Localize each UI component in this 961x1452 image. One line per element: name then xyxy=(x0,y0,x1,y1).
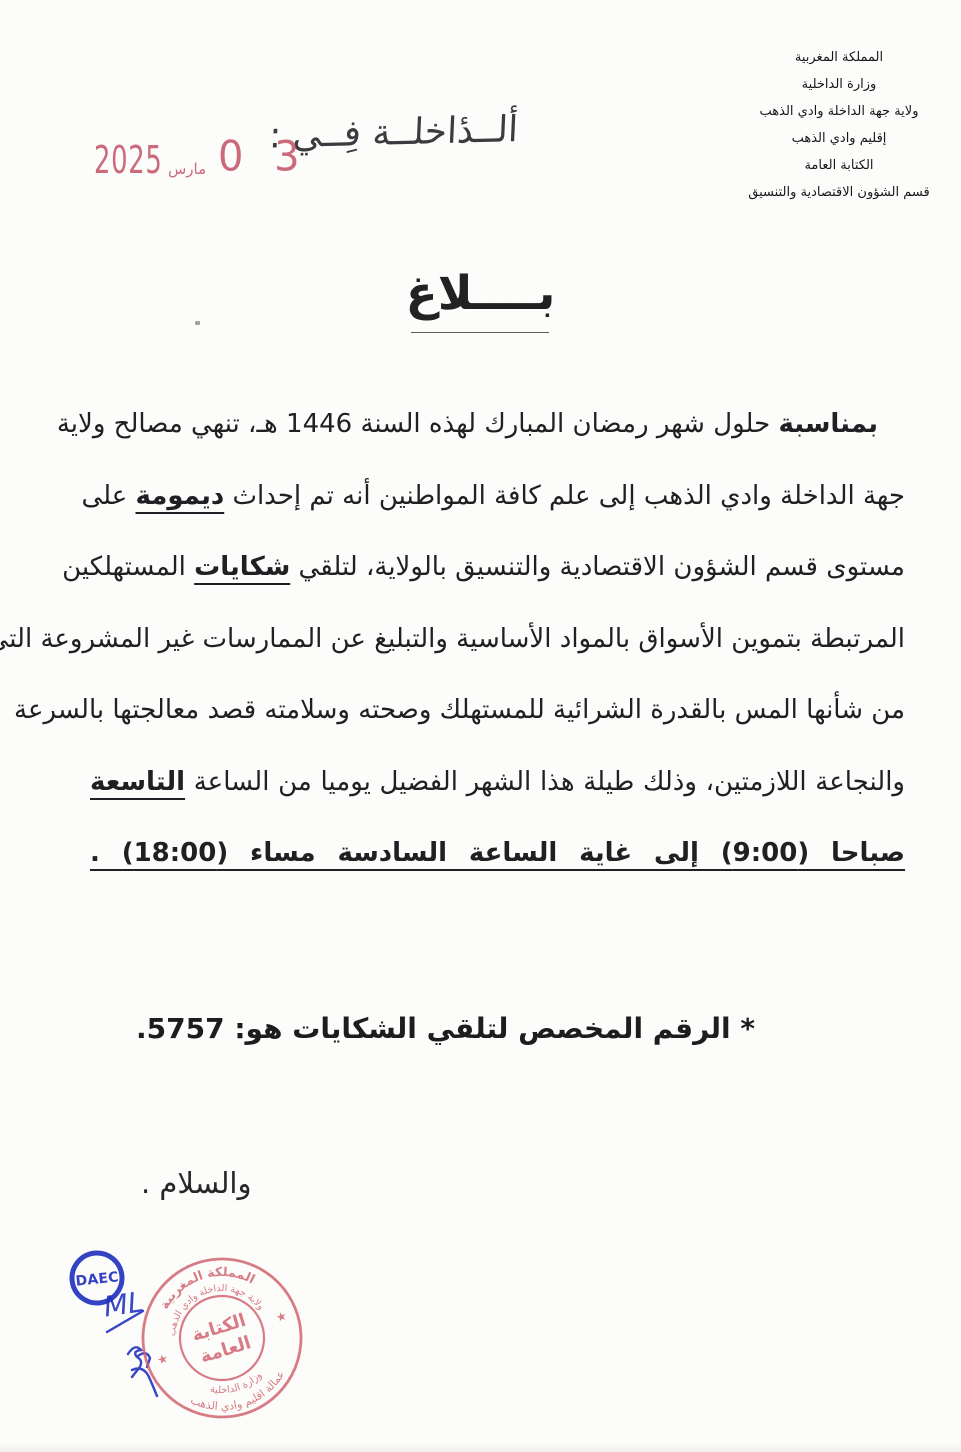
body-segment: بمناسبة xyxy=(778,409,878,439)
letterhead-line-wilaya: ولاية جهة الداخلة وادي الذهب xyxy=(739,98,939,125)
body-segment: المرتبطة بتموين الأسواق بالمواد الأساسية… xyxy=(0,624,905,654)
letterhead: المملكة المغربية وزارة الداخلية ولاية جه… xyxy=(739,44,939,206)
document-page: المملكة المغربية وزارة الداخلية ولاية جه… xyxy=(0,0,961,1452)
stamp-star-right: ★ xyxy=(274,1308,288,1325)
body-line: صباحا (9:00) إلى غاية الساعة السادسة مسا… xyxy=(90,818,905,890)
complaints-number-line: * الرقم المخصص لتلقي الشكايات هو: 5757. xyxy=(136,1012,755,1045)
letterhead-line-province: إقليم وادي الذهب xyxy=(739,125,939,152)
body-segment: صباحا (9:00) إلى غاية الساعة السادسة مسا… xyxy=(90,838,905,868)
body-segment: جهة الداخلة وادي الذهب إلى علم كافة المو… xyxy=(224,481,905,511)
body-segment: المستهلكين xyxy=(62,552,194,582)
date-stamp-month: مارس xyxy=(168,160,206,178)
body-segment: مستوى قسم الشؤون الاقتصادية والتنسيق بال… xyxy=(290,552,905,582)
body-text: بمناسبة حلول شهر رمضان المبارك لهذه السن… xyxy=(90,389,905,890)
letterhead-line-ministry: وزارة الداخلية xyxy=(739,71,939,98)
scan-speck xyxy=(195,321,200,325)
body-segment: شكايات xyxy=(194,552,290,582)
body-segment: من شأنها المس بالقدرة الشرائية للمستهلك … xyxy=(14,695,905,725)
body-segment: ديمومة xyxy=(136,481,225,511)
body-line: المرتبطة بتموين الأسواق بالمواد الأساسية… xyxy=(90,604,905,676)
letterhead-line-kingdom: المملكة المغربية xyxy=(739,44,939,71)
body-segment: حلول شهر رمضان المبارك لهذه السنة 1446 ه… xyxy=(57,409,779,439)
document-title: بــــلاغ xyxy=(0,266,961,321)
body-line: والنجاعة اللازمتين، وذلك طيلة هذا الشهر … xyxy=(90,747,905,819)
body-line: مستوى قسم الشؤون الاقتصادية والتنسيق بال… xyxy=(90,532,905,604)
date-stamp-year: 2025 xyxy=(94,138,162,182)
letterhead-line-secretariat: الكتابة العامة xyxy=(739,152,939,179)
handwritten-place-date: ألــدٔاخلــة فِــي : xyxy=(292,109,519,156)
body-line: من شأنها المس بالقدرة الشرائية للمستهلك … xyxy=(90,675,905,747)
body-segment: والنجاعة اللازمتين، وذلك طيلة هذا الشهر … xyxy=(185,767,905,797)
date-stamp-day: 0 3 xyxy=(218,133,309,181)
letterhead-line-division: قسم الشؤون الاقتصادية والتنسيق xyxy=(739,179,939,206)
body-segment: على xyxy=(81,481,135,511)
title-underline xyxy=(411,332,549,333)
body-line: بمناسبة حلول شهر رمضان المبارك لهذه السن… xyxy=(90,389,905,461)
closing-salutation: والسلام . xyxy=(141,1166,251,1200)
body-line: جهة الداخلة وادي الذهب إلى علم كافة المو… xyxy=(90,461,905,533)
official-round-stamp: المملكة المغربية ولاية جهة الداخلة وادي … xyxy=(137,1253,307,1423)
body-segment: التاسعة xyxy=(90,767,185,797)
stamp-star-left: ★ xyxy=(155,1351,169,1368)
